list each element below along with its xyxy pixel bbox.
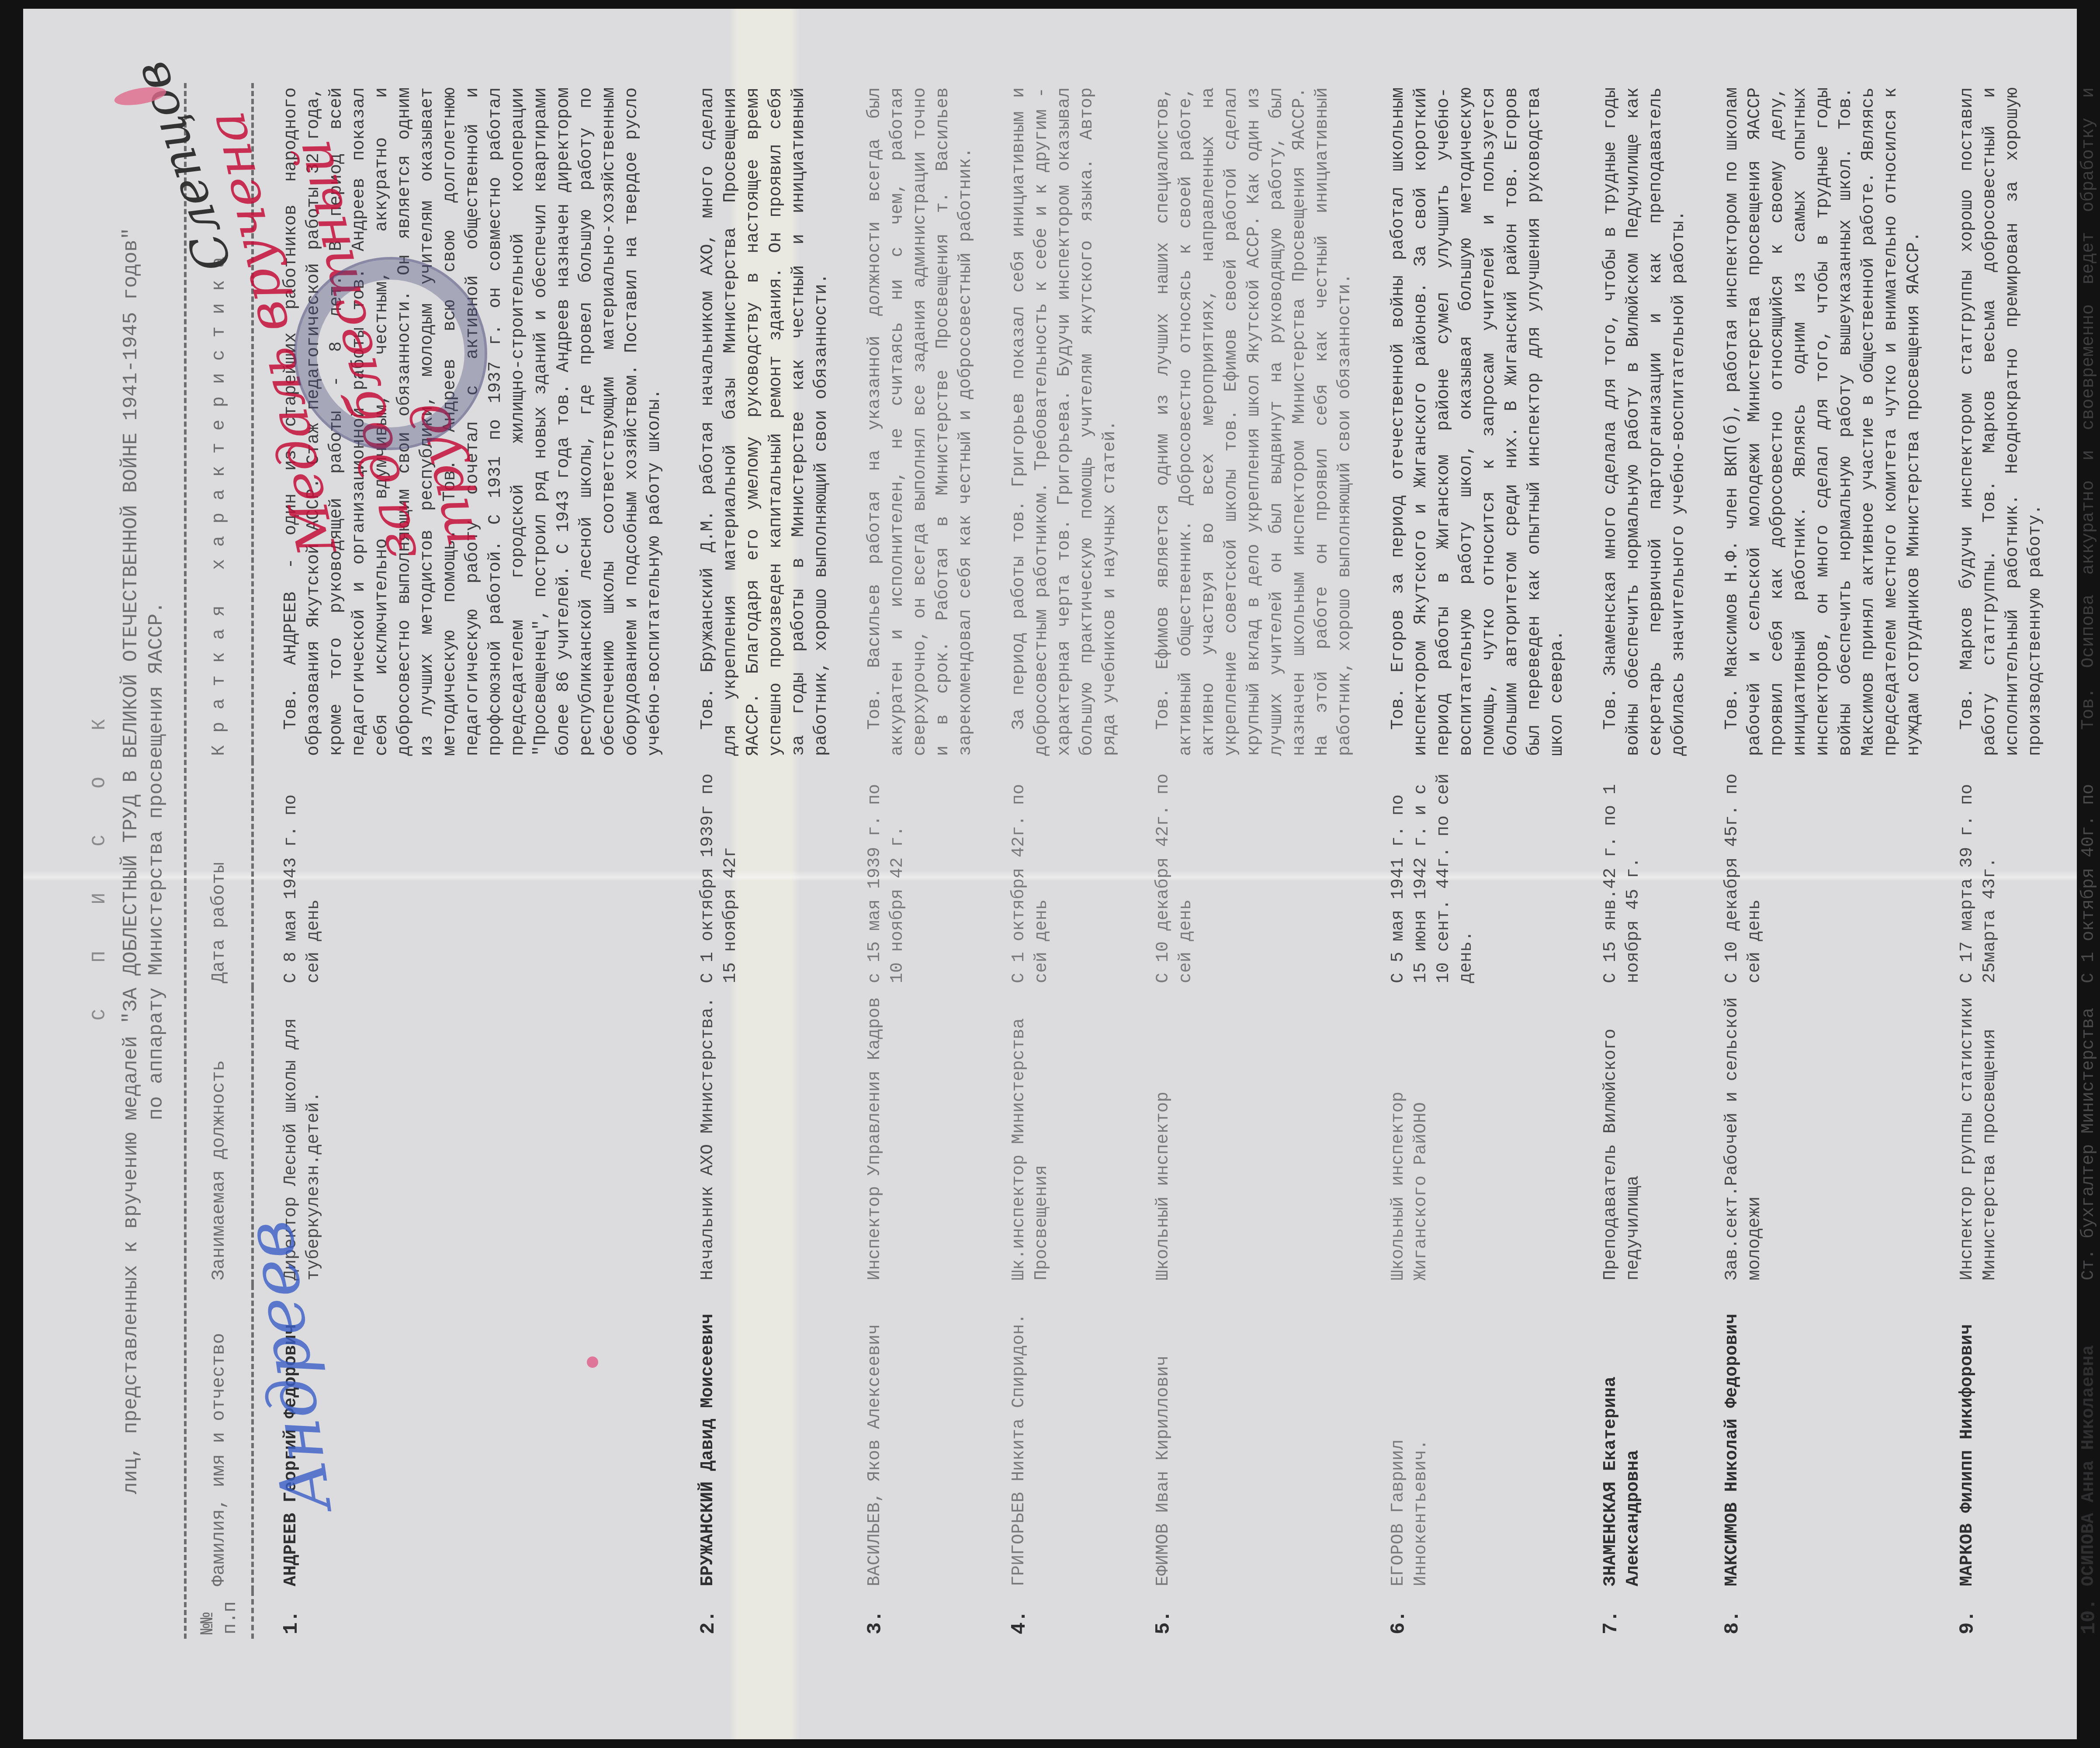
table-row: 3. ВАСИЛЬЕВ, Яков Алексеевич Инспектор У…: [838, 83, 982, 1639]
table-row: 7. ЗНАМЕНСКАЯ Екатерина Александровна Пр…: [1573, 83, 1695, 1639]
entry-position: Зав.сект.Рабочей и сельской молодежи: [1695, 988, 1930, 1285]
entry-dates: С 1 октября 1939г по 15 ноября 42г: [671, 760, 838, 988]
column-header-dates: Дата работы: [187, 760, 253, 988]
entry-number: 9.: [1930, 1591, 2051, 1639]
table-row: 10. ОСИПОВА Анна Николаевна Ст. бухгалте…: [2051, 83, 2100, 1639]
entry-characteristic: Тов. Васильев работая на указанной должн…: [838, 83, 982, 760]
entry-position: Директор Лесной школы для туберкулезн.де…: [253, 988, 671, 1285]
entry-characteristic: За период работы тов. Григорьев показал …: [982, 83, 1126, 760]
table-row: 5. ЕФИМОВ Иван Кириллович Школьный инспе…: [1126, 83, 1361, 1639]
entry-name: БРУЖАНСКИЙ Давид Моисеевич: [671, 1285, 838, 1591]
entry-dates: С 10 декабря 42г. по сей день: [1126, 760, 1361, 988]
entry-dates: С 10 декабря 45г. по сей день: [1695, 760, 1930, 988]
official-stamp: [294, 257, 487, 450]
entry-position: Школьный инспектор Жиганского РайОНО: [1361, 988, 1573, 1285]
table-row: 9. МАРКОВ Филипп Никифорович Инспектор г…: [1930, 83, 2051, 1639]
entry-position: Преподаватель Вилюйского педучилища: [1573, 988, 1695, 1285]
table-row: 8. МАКСИМОВ Николай Федорович Зав.сект.Р…: [1695, 83, 1930, 1639]
entry-name: ЗНАМЕНСКАЯ Екатерина Александровна: [1573, 1285, 1695, 1591]
entry-dates: С 15 янв.42 г. по 1 ноября 45 г.: [1573, 760, 1695, 988]
document-page: С П И С О К лиц, представленных к вручен…: [23, 9, 2077, 1739]
document-title: С П И С О К: [89, 83, 111, 1639]
entry-number: 10.: [2051, 1591, 2100, 1639]
entry-number: 5.: [1126, 1591, 1361, 1639]
entry-position: Начальник АХО Министерства.: [671, 988, 838, 1285]
entry-position: Инспектор Управления Кадров: [838, 988, 982, 1285]
pink-mark: [587, 1356, 598, 1368]
entry-number: 8.: [1695, 1591, 1930, 1639]
subtitle-line-1: лиц, представленных к вручению медалей "…: [118, 83, 144, 1639]
entry-number: 7.: [1573, 1591, 1695, 1639]
entry-dates: С 1 октября 40г. по сей день: [2051, 760, 2100, 988]
entry-characteristic: Тов. Марков будучи инспектором статгрупп…: [1930, 83, 2051, 760]
entry-characteristic: Тов. Егоров за период отечественной войн…: [1361, 83, 1573, 760]
column-header-name: Фамилия, имя и отчество: [187, 1285, 253, 1591]
entry-name: ЕФИМОВ Иван Кириллович: [1126, 1285, 1361, 1591]
table-row: 2. БРУЖАНСКИЙ Давид Моисеевич Начальник …: [671, 83, 838, 1639]
entry-number: 6.: [1361, 1591, 1573, 1639]
entry-name: МАКСИМОВ Николай Федорович: [1695, 1285, 1930, 1591]
entry-characteristic: Тов. Максимов Н.Ф. член ВКП(б), работая …: [1695, 83, 1930, 760]
subtitle-line-2: по аппарату Министерства просвещения ЯАС…: [144, 83, 169, 1639]
column-header-num: №№ п.п: [187, 1591, 253, 1639]
entry-position: Школьный инспектор: [1126, 988, 1361, 1285]
entry-characteristic: Тов. Бружанский Д.М. работая начальником…: [671, 83, 838, 760]
document-subtitle: лиц, представленных к вручению медалей "…: [118, 83, 169, 1639]
entry-number: 1.: [253, 1591, 671, 1639]
entry-position: Ст. бухгалтер Министерства просвещения: [2051, 988, 2100, 1285]
entry-position: Шк.инспектор Министерства Просвещения: [982, 988, 1126, 1285]
entry-number: 3.: [838, 1591, 982, 1639]
table-row: 6. ЕГОРОВ Гавриил Иннокентьевич. Школьны…: [1361, 83, 1573, 1639]
entry-name: ГРИГОРЬЕВ Никита Спиридон.: [982, 1285, 1126, 1591]
entry-characteristic: Тов. Осипова аккуратно и своевременно ве…: [2051, 83, 2100, 760]
entry-characteristic: Тов. Знаменская много сделала для того, …: [1573, 83, 1695, 760]
table-row: 4. ГРИГОРЬЕВ Никита Спиридон. Шк.инспект…: [982, 83, 1126, 1639]
entry-dates: С 1 октября 42г. по сей день: [982, 760, 1126, 988]
entry-dates: С 8 мая 1943 г. по сей день: [253, 760, 671, 988]
entry-dates: С 17 марта 39 г. по 25марта 43г.: [1930, 760, 2051, 988]
entry-number: 4.: [982, 1591, 1126, 1639]
entry-name: МАРКОВ Филипп Никифорович: [1930, 1285, 2051, 1591]
entry-name: ОСИПОВА Анна Николаевна: [2051, 1285, 2100, 1591]
entry-name: ЕГОРОВ Гавриил Иннокентьевич.: [1361, 1285, 1573, 1591]
entry-position: Инспектор группы статистики Министерства…: [1930, 988, 2051, 1285]
entry-dates: С 5 мая 1941 г. по 15 июня 1942 г. и с 1…: [1361, 760, 1573, 988]
entry-characteristic: Тов. Ефимов является одним из лучших наш…: [1126, 83, 1361, 760]
entry-number: 2.: [671, 1591, 838, 1639]
entry-name: ВАСИЛЬЕВ, Яков Алексеевич: [838, 1285, 982, 1591]
entry-dates: с 15 мая 1939 г. по 10 ноября 42 г.: [838, 760, 982, 988]
